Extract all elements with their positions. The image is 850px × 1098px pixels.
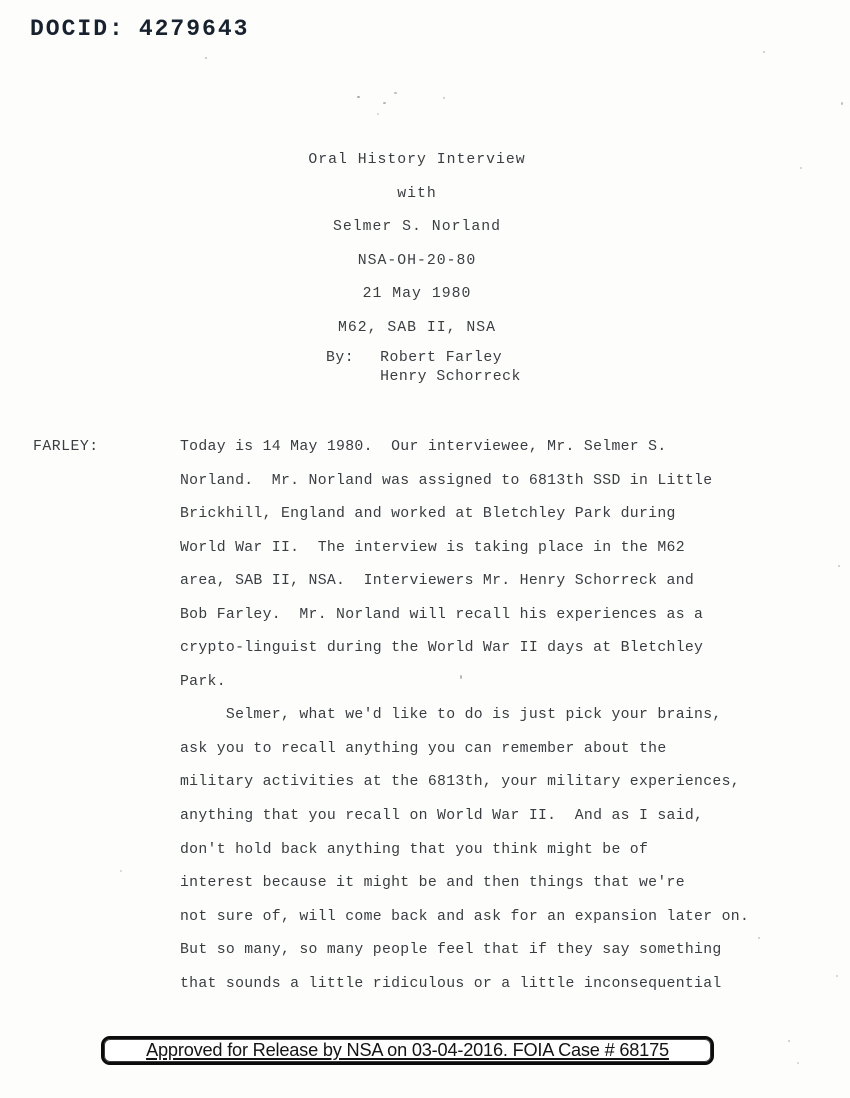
scan-speck — [836, 975, 838, 977]
interviewee-name: Selmer S. Norland — [117, 211, 717, 245]
transcript-line: area, SAB II, NSA. Interviewers Mr. Henr… — [180, 565, 749, 599]
transcript-line: World War II. The interview is taking pl… — [180, 532, 749, 566]
transcript-line: interest because it might be and then th… — [180, 867, 749, 901]
scan-speck — [120, 870, 122, 872]
scan-speck — [460, 675, 462, 679]
scan-speck — [797, 1062, 799, 1064]
transcript-line: military activities at the 6813th, your … — [180, 766, 749, 800]
transcript-line: anything that you recall on World War II… — [180, 800, 749, 834]
docid-stamp: DOCID: 4279643 — [30, 16, 249, 42]
transcript-line: Park. — [180, 666, 749, 700]
interview-location: M62, SAB II, NSA — [117, 312, 717, 346]
interview-date: 21 May 1980 — [117, 278, 717, 312]
scan-speck — [443, 97, 445, 99]
transcript-line: crypto-linguist during the World War II … — [180, 632, 749, 666]
scan-speck — [377, 113, 379, 115]
transcript-line: not sure of, will come back and ask for … — [180, 901, 749, 935]
scanned-document-page: DOCID: 4279643 Oral History Interview wi… — [0, 0, 850, 1098]
transcript-line: that sounds a little ridiculous or a lit… — [180, 968, 749, 1002]
scan-speck — [800, 167, 802, 169]
transcript-line: don't hold back anything that you think … — [180, 834, 749, 868]
scan-speck — [357, 96, 360, 98]
docid-label: DOCID: — [30, 16, 125, 42]
transcript-line: Brickhill, England and worked at Bletchl… — [180, 498, 749, 532]
scan-speck — [763, 51, 765, 53]
transcript-line: ask you to recall anything you can remem… — [180, 733, 749, 767]
transcript-line: Selmer, what we'd like to do is just pic… — [180, 699, 749, 733]
foia-release-stamp: Approved for Release by NSA on 03-04-201… — [101, 1036, 714, 1065]
scan-speck — [394, 92, 397, 94]
document-title: Oral History Interview — [117, 144, 717, 178]
title-block: Oral History Interview with Selmer S. No… — [117, 144, 717, 345]
transcript-line: Norland. Mr. Norland was assigned to 681… — [180, 465, 749, 499]
foia-release-text: Approved for Release by NSA on 03-04-201… — [146, 1040, 669, 1061]
docid-value: 4279643 — [139, 16, 250, 42]
interviewer-names: Robert Farley Henry Schorreck — [380, 349, 521, 387]
speaker-label: FARLEY: — [33, 431, 99, 465]
interviewer-2: Henry Schorreck — [380, 368, 521, 387]
interview-number: NSA-OH-20-80 — [117, 245, 717, 279]
transcript-line: Today is 14 May 1980. Our interviewee, M… — [180, 431, 749, 465]
scan-speck — [788, 1040, 790, 1042]
scan-speck — [841, 102, 843, 105]
interviewers-block: By: Robert Farley Henry Schorreck — [326, 349, 521, 387]
scan-speck — [205, 57, 207, 59]
interviewer-1: Robert Farley — [380, 349, 521, 368]
scan-speck — [758, 937, 760, 939]
transcript-body: Today is 14 May 1980. Our interviewee, M… — [180, 431, 749, 1001]
by-label: By: — [326, 349, 354, 387]
title-with: with — [117, 178, 717, 212]
scan-speck — [383, 102, 386, 104]
transcript-line: Bob Farley. Mr. Norland will recall his … — [180, 599, 749, 633]
scan-speck — [838, 565, 840, 567]
transcript-line: But so many, so many people feel that if… — [180, 934, 749, 968]
